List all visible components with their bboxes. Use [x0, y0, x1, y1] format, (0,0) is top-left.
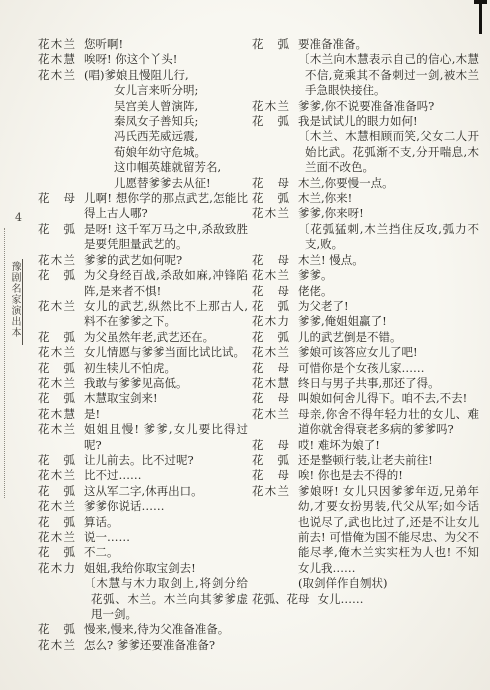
dialogue-text: 比不过…… [84, 468, 248, 483]
script-entry: 花木力爹爹,俺姐姐赢了! [252, 314, 479, 329]
speaker-label: 花木兰 [38, 499, 75, 514]
script-entry: 花 母可惜你是个女孩儿家…… [252, 361, 479, 376]
entry-body: 您听啊! [84, 37, 248, 52]
script-entry: 花 弧木兰,你来! [252, 191, 479, 206]
entry-body: 姐姐,我给你取宝剑去!〔木慧与木力取剑上,将剑分给花弧、木兰。木兰向其爹爹虚甩一… [84, 561, 248, 623]
speaker-label: 花木兰 [38, 422, 75, 453]
script-entry: 花 弧还是整顿行装,让老夫前往! [252, 453, 479, 468]
script-entry: 花木慧唉呀! 你这个丫头! [38, 52, 248, 67]
dialogue-text: 爹娘呀! 女儿只因爹爹年迈,兄弟年幼,才要女扮男装,代父从军;如今话也说尽了,武… [298, 484, 479, 576]
entry-body: 比不过…… [84, 468, 248, 483]
dialogue-text: 怎么? 爹爹还要准备准备? [84, 638, 248, 653]
dialogue-text: 是! [84, 407, 248, 422]
dialogue-text: 爹爹。 [298, 268, 479, 283]
dialogue-text: 为父虽然年老,武艺还在。 [84, 330, 248, 345]
speaker-label: 花木兰 [38, 253, 75, 268]
verse-line: 女儿言来听分明; [114, 83, 248, 98]
script-entry: 花 弧为父老了! [252, 299, 479, 314]
dialogue-text: 女儿的武艺,纵然比不上那古人,料不在爹爹之下。 [84, 299, 248, 330]
entry-body: 母亲,你舍不得年轻力壮的女儿、难道你就舍得衰老多病的爹爹吗? [298, 407, 479, 438]
script-entry: 花木兰母亲,你舍不得年轻力壮的女儿、难道你就舍得衰老多病的爹爹吗? [252, 407, 479, 438]
speaker-label: 花 弧 [38, 361, 75, 376]
speaker-label: 花 弧 [252, 453, 289, 468]
speaker-label: 花木力 [252, 314, 289, 329]
dialogue-text: 您听啊! [84, 37, 248, 52]
entry-body: 要准备准备。〔木兰向木慧表示自己的信心,木慧不信,竟乘其不备刺过一剑,被木兰手急… [298, 37, 479, 99]
dialogue-text: 木慧取宝剑来! [84, 391, 248, 406]
entry-body: 哎! 难坏为娘了! [298, 438, 479, 453]
speaker-label: 花木兰 [252, 99, 289, 114]
dialogue-text: 慢来,慢来,待为父准备准备。 [84, 622, 248, 637]
entry-body: 爹爹的武艺如何呢? [84, 253, 248, 268]
verse-line: 这巾帼英雄就留芳名, [114, 160, 248, 175]
entry-body: 爹娘呀! 女儿只因爹爹年迈,兄弟年幼,才要女扮男装,代父从军;如今话也说尽了,武… [298, 484, 479, 592]
script-entry: 花木兰(唱)爹娘且慢阻儿行,女儿言来听分明;吴宫美人曾演阵,秦凤女子善知兵;冯氏… [38, 68, 248, 191]
speaker-label: 花 弧 [38, 484, 75, 499]
speaker-label: 花 弧 [38, 453, 75, 468]
speaker-label: 花 弧 [38, 622, 75, 637]
speaker-label: 花 母 [252, 391, 289, 406]
dialogue-text: 女儿情愿与爹爹当面比试比试。 [84, 345, 248, 360]
dialogue-text: 唉! 你也是去不得的! [298, 468, 479, 483]
script-entry: 花木兰说一…… [38, 530, 248, 545]
speaker-label: 花 弧 [252, 37, 289, 99]
script-entry: 花 母哎! 难坏为娘了! [252, 438, 479, 453]
dialogue-text: 初生犊儿不怕虎。 [84, 361, 248, 376]
script-entry: 花木兰爹娘可该答应女儿了吧! [252, 345, 479, 360]
entry-body: 爹爹你说话…… [84, 499, 248, 514]
dialogue-text: 算话。 [84, 515, 248, 530]
speaker-label: 花 弧 [38, 391, 75, 406]
entry-body: 姐姐且慢! 爹爹,女儿要比得过呢? [84, 422, 248, 453]
entry-body: 叫娘如何舍儿得下。咱不去,不去! [298, 391, 479, 406]
speaker-label: 花木兰 [252, 268, 289, 283]
speaker-label: 花木兰 [38, 299, 75, 330]
script-entry: 花 母佬佬。 [252, 284, 479, 299]
dialogue-text: 爹爹,你来呀! [298, 206, 479, 221]
script-entry: 花 弧让儿前去。比不过呢? [38, 453, 248, 468]
speaker-label: 花木兰 [252, 407, 289, 438]
script-entry: 花 弧不二。 [38, 545, 248, 560]
dialogue-text: 木兰,你要慢一点。 [298, 176, 479, 191]
entry-body: 我是试试儿的眼力如何!〔木兰、木慧相顾而笑,父女二人开始比武。花弧渐不支,分开喘… [298, 114, 479, 176]
script-entry: 花 弧慢来,慢来,待为父准备准备。 [38, 622, 248, 637]
speaker-label: 花 弧 [252, 299, 289, 314]
entry-body: 不二。 [84, 545, 248, 560]
verse-line: 吴宫美人曾演阵, [114, 99, 248, 114]
speaker-label: 花 母 [252, 253, 289, 268]
script-entry: 花木兰女儿情愿与爹爹当面比试比试。 [38, 345, 248, 360]
script-entry: 花弧、花母女儿…… [252, 592, 479, 607]
dialogue-text: 可惜你是个女孩儿家…… [298, 361, 479, 376]
script-entry: 花 母木兰! 慢点。 [252, 253, 479, 268]
dialogue-text: 佬佬。 [298, 284, 479, 299]
speaker-label: 花木兰 [252, 345, 289, 360]
stage-direction: 〔木兰向木慧表示自己的信心,木慧不信,竟乘其不备刺过一剑,被木兰手急眼快接住。 [298, 52, 479, 98]
dialogue-text: 木兰! 慢点。 [298, 253, 479, 268]
speaker-label: 花 弧 [38, 330, 75, 345]
script-entry: 花木兰爹娘呀! 女儿只因爹爹年迈,兄弟年幼,才要女扮男装,代父从军;如今话也说尽… [252, 484, 479, 592]
entry-body: 说一…… [84, 530, 248, 545]
script-entry: 花木兰女儿的武艺,纵然比不上那古人,料不在爹爹之下。 [38, 299, 248, 330]
script-entry: 花 弧要准备准备。〔木兰向木慧表示自己的信心,木慧不信,竟乘其不备刺过一剑,被木… [252, 37, 479, 99]
script-entry: 花 母儿啊! 想你学的那点武艺,怎能比得上古人哪? [38, 191, 248, 222]
spine-title: 豫剧名家演出本 [7, 261, 22, 338]
paren-note: (取剑佯作自刎状) [298, 576, 479, 591]
dialogue-text: 还是整顿行装,让老夫前往! [298, 453, 479, 468]
speaker-label: 花 母 [252, 361, 289, 376]
script-entry: 花木慧是! [38, 407, 248, 422]
speaker-label: 花 弧 [252, 114, 289, 176]
script-entry: 花木慧终日与男子共事,那还了得。 [252, 376, 479, 391]
entry-body: 唉呀! 你这个丫头! [84, 52, 248, 67]
dialogue-text: 母亲,你舍不得年轻力壮的女儿、难道你就舍得衰老多病的爹爹吗? [298, 407, 479, 438]
entry-body: 女儿情愿与爹爹当面比试比试。 [84, 345, 248, 360]
script-entry: 花木兰爹爹你说话…… [38, 499, 248, 514]
stage-direction: 〔木慧与木力取剑上,将剑分给花弧、木兰。木兰向其爹爹虚甩一剑。 [84, 576, 248, 622]
dialogue-text: 姐姐且慢! 爹爹,女儿要比得过呢? [84, 422, 248, 453]
script-entry: 花木兰爹爹,你不说要准备准备吗? [252, 99, 479, 114]
script-entry: 花木兰爹爹,你来呀!〔花弧猛刺,木兰挡住反攻,弧力不支,败。 [252, 206, 479, 252]
speaker-label: 花 母 [252, 438, 289, 453]
stage-direction: 〔木兰、木慧相顾而笑,父女二人开始比武。花弧渐不支,分开喘息,木兰面不改色。 [298, 129, 479, 175]
script-entry: 花木兰怎么? 爹爹还要准备准备? [38, 638, 248, 653]
entry-body: 可惜你是个女孩儿家…… [298, 361, 479, 376]
entry-body: 为父身经百战,杀敌如麻,冲锋陷阵,是来者不惧! [84, 268, 248, 299]
speaker-label: 花木兰 [38, 68, 75, 191]
entry-body: 爹爹,你不说要准备准备吗? [298, 99, 479, 114]
script-entry: 花 弧算话。 [38, 515, 248, 530]
speaker-label: 花木兰 [252, 484, 289, 592]
script-entry: 花木兰爹爹。 [252, 268, 479, 283]
speaker-label: 花木兰 [38, 345, 75, 360]
dialogue-text: (唱)爹娘且慢阻儿行, [84, 68, 248, 83]
speaker-label: 花 弧 [38, 545, 75, 560]
script-entry: 花木兰爹爹的武艺如何呢? [38, 253, 248, 268]
margin-dotted-rule [4, 228, 5, 498]
entry-body: 佬佬。 [298, 284, 479, 299]
entry-body: 儿的武艺倒是不错。 [298, 330, 479, 345]
entry-body: 女儿的武艺,纵然比不上那古人,料不在爹爹之下。 [84, 299, 248, 330]
speaker-label: 花 弧 [38, 515, 75, 530]
entry-body: 这从军二字,休再出口。 [84, 484, 248, 499]
entry-body: 怎么? 爹爹还要准备准备? [84, 638, 248, 653]
script-entry: 花 母叫娘如何舍儿得下。咱不去,不去! [252, 391, 479, 406]
dialogue-text: 女儿…… [318, 592, 480, 607]
dialogue-text: 儿的武艺倒是不错。 [298, 330, 479, 345]
dialogue-text: 姐姐,我给你取宝剑去! [84, 561, 248, 576]
entry-body: 初生犊儿不怕虎。 [84, 361, 248, 376]
speaker-label: 花木兰 [252, 206, 289, 252]
script-entry: 花 弧是呀! 这千军万马之中,杀敌致胜是要凭胆量武艺的。 [38, 222, 248, 253]
dialogue-text: 爹爹,你不说要准备准备吗? [298, 99, 479, 114]
script-entry: 花 弧初生犊儿不怕虎。 [38, 361, 248, 376]
script-entry: 花 弧我是试试儿的眼力如何!〔木兰、木慧相顾而笑,父女二人开始比武。花弧渐不支,… [252, 114, 479, 176]
speaker-label: 花 弧 [252, 330, 289, 345]
entry-body: 终日与男子共事,那还了得。 [298, 376, 479, 391]
scan-corner-artifact [479, 0, 482, 34]
speaker-label: 花木慧 [38, 407, 75, 422]
dialogue-text: 我是试试儿的眼力如何! [298, 114, 479, 129]
entry-body: 让儿前去。比不过呢? [84, 453, 248, 468]
script-entry: 花木兰您听啊! [38, 37, 248, 52]
script-entry: 花 弧木慧取宝剑来! [38, 391, 248, 406]
entry-body: 儿啊! 想你学的那点武艺,怎能比得上古人哪? [84, 191, 248, 222]
speaker-label: 花木兰 [38, 638, 75, 653]
script-entry: 花木兰姐姐且慢! 爹爹,女儿要比得过呢? [38, 422, 248, 453]
dialogue-text: 不二。 [84, 545, 248, 560]
dialogue-text: 爹娘可该答应女儿了吧! [298, 345, 479, 360]
speaker-label: 花 母 [252, 284, 289, 299]
entry-body: 还是整顿行装,让老夫前往! [298, 453, 479, 468]
stage-direction: 〔花弧猛刺,木兰挡住反攻,弧力不支,败。 [298, 222, 479, 253]
verse-line: 儿愿替爹爹去从征! [114, 176, 248, 191]
dialogue-text: 为父老了! [298, 299, 479, 314]
script-entry: 花 弧儿的武艺倒是不错。 [252, 330, 479, 345]
entry-body: 女儿…… [318, 592, 480, 607]
speaker-label: 花弧、花母 [252, 592, 310, 607]
dialogue-text: 木兰,你来! [298, 191, 479, 206]
entry-body: 为父虽然年老,武艺还在。 [84, 330, 248, 345]
script-entry: 花 弧为父虽然年老,武艺还在。 [38, 330, 248, 345]
entry-body: 我敢与爹爹见高低。 [84, 376, 248, 391]
entry-body: 爹爹,你来呀!〔花弧猛刺,木兰挡住反攻,弧力不支,败。 [298, 206, 479, 252]
dialogue-text: 叫娘如何舍儿得下。咱不去,不去! [298, 391, 479, 406]
speaker-label: 花木兰 [38, 37, 75, 52]
speaker-label: 花木慧 [252, 376, 289, 391]
verse-line: 荀娘年幼守危城。 [114, 145, 248, 160]
dialogue-text: 为父身经百战,杀敌如麻,冲锋陷阵,是来者不惧! [84, 268, 248, 299]
speaker-label: 花 弧 [38, 222, 75, 253]
speaker-label: 花木兰 [38, 468, 75, 483]
entry-body: 为父老了! [298, 299, 479, 314]
script-column-left: 花木兰您听啊!花木慧唉呀! 你这个丫头!花木兰(唱)爹娘且慢阻儿行,女儿言来听分… [38, 37, 248, 653]
speaker-label: 花 母 [252, 468, 289, 483]
speaker-label: 花木兰 [38, 376, 75, 391]
speaker-label: 花木慧 [38, 52, 75, 67]
script-entry: 花木兰比不过…… [38, 468, 248, 483]
script-entry: 花 母木兰,你要慢一点。 [252, 176, 479, 191]
entry-body: 木慧取宝剑来! [84, 391, 248, 406]
dialogue-text: 要准备准备。 [298, 37, 479, 52]
speaker-label: 花 母 [38, 191, 75, 222]
dialogue-text: 爹爹你说话…… [84, 499, 248, 514]
script-entry: 花 母唉! 你也是去不得的! [252, 468, 479, 483]
speaker-label: 花木力 [38, 561, 75, 623]
dialogue-text: 是呀! 这千军万马之中,杀敌致胜是要凭胆量武艺的。 [84, 222, 248, 253]
entry-body: 木兰,你要慢一点。 [298, 176, 479, 191]
script-entry: 花木力姐姐,我给你取宝剑去!〔木慧与木力取剑上,将剑分给花弧、木兰。木兰向其爹爹… [38, 561, 248, 623]
dialogue-text: 爹爹,俺姐姐赢了! [298, 314, 479, 329]
dialogue-text: 儿啊! 想你学的那点武艺,怎能比得上古人哪? [84, 191, 248, 222]
entry-body: 是呀! 这千军万马之中,杀敌致胜是要凭胆量武艺的。 [84, 222, 248, 253]
entry-body: 是! [84, 407, 248, 422]
speaker-label: 花 弧 [38, 268, 75, 299]
speaker-label: 花木兰 [38, 530, 75, 545]
verse-line: 冯氏西芜威远震, [114, 129, 248, 144]
entry-body: 爹娘可该答应女儿了吧! [298, 345, 479, 360]
dialogue-text: 终日与男子共事,那还了得。 [298, 376, 479, 391]
script-entry: 花 弧这从军二字,休再出口。 [38, 484, 248, 499]
dialogue-text: 我敢与爹爹见高低。 [84, 376, 248, 391]
scanned-script-page: 4 豫剧名家演出本 花木兰您听啊!花木慧唉呀! 你这个丫头!花木兰(唱)爹娘且慢… [0, 0, 490, 690]
entry-body: 爹爹,俺姐姐赢了! [298, 314, 479, 329]
dialogue-text: 哎! 难坏为娘了! [298, 438, 479, 453]
entry-body: 慢来,慢来,待为父准备准备。 [84, 622, 248, 637]
spine-rule [22, 259, 23, 345]
script-entry: 花木兰我敢与爹爹见高低。 [38, 376, 248, 391]
speaker-label: 花 弧 [252, 191, 289, 206]
verse-line: 秦凤女子善知兵; [114, 114, 248, 129]
entry-body: 木兰! 慢点。 [298, 253, 479, 268]
script-column-right: 花 弧要准备准备。〔木兰向木慧表示自己的信心,木慧不信,竟乘其不备刺过一剑,被木… [252, 37, 479, 607]
entry-body: (唱)爹娘且慢阻儿行,女儿言来听分明;吴宫美人曾演阵,秦凤女子善知兵;冯氏西芜威… [84, 68, 248, 191]
dialogue-text: 这从军二字,休再出口。 [84, 484, 248, 499]
dialogue-text: 爹爹的武艺如何呢? [84, 253, 248, 268]
entry-body: 算话。 [84, 515, 248, 530]
speaker-label: 花 母 [252, 176, 289, 191]
entry-body: 唉! 你也是去不得的! [298, 468, 479, 483]
entry-body: 爹爹。 [298, 268, 479, 283]
page-number: 4 [15, 211, 22, 224]
script-entry: 花 弧为父身经百战,杀敌如麻,冲锋陷阵,是来者不惧! [38, 268, 248, 299]
dialogue-text: 说一…… [84, 530, 248, 545]
entry-body: 木兰,你来! [298, 191, 479, 206]
dialogue-text: 让儿前去。比不过呢? [84, 453, 248, 468]
dialogue-text: 唉呀! 你这个丫头! [84, 52, 248, 67]
